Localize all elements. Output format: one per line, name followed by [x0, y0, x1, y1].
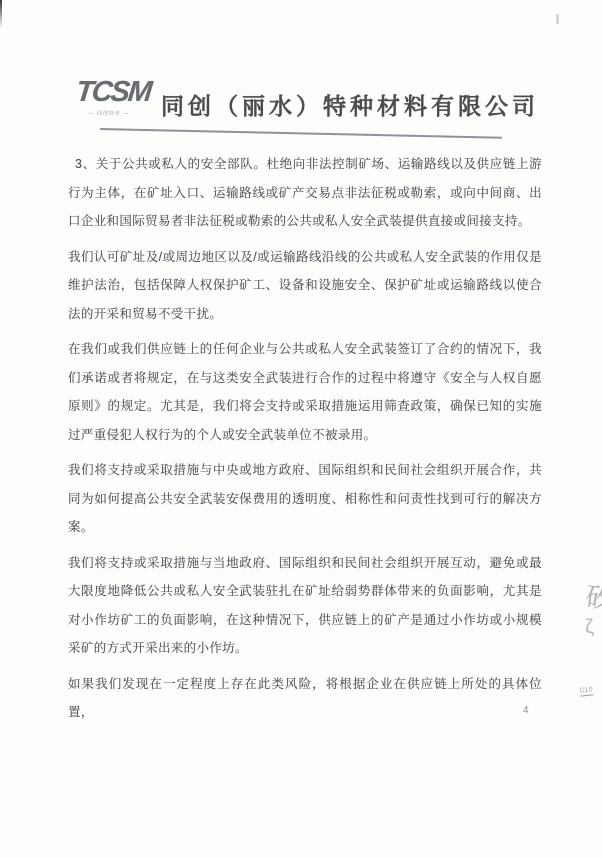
document-body: 3、关于公共或私人的安全部队。杜绝向非法控制矿场、运输路线以及供应链上游行为主体… — [68, 150, 542, 734]
company-logo: TCSM — 同创特材 — — [76, 78, 142, 117]
paragraph-6: 如果我们发现在一定程度上存在此类风险，将根据企业在供应链上所处的具体位置， — [68, 670, 542, 727]
letterhead-rule — [100, 128, 502, 138]
edge-digits-mark: 010 — [580, 686, 594, 696]
company-name: 同创（丽水）特种材料有限公司 — [161, 88, 539, 121]
document-page: TCSM — 同创特材 — 同创（丽水）特种材料有限公司 3、关于公共或私人的安… — [0, 0, 602, 858]
paragraph-1: 3、关于公共或私人的安全部队。杜绝向非法控制矿场、运输路线以及供应链上游行为主体… — [68, 150, 542, 236]
logo-subtext: — 同创特材 — — [76, 110, 142, 117]
paragraph-3: 在我们或我们供应链上的任何企业与公共或私人安全武装签订了合约的情况下，我们承诺或… — [68, 335, 542, 449]
scan-edge-shadow — [0, 0, 2, 28]
logo-text: TCSM — [74, 78, 143, 107]
edge-squiggle-mark: ζ — [584, 616, 594, 640]
paragraph-4: 我们将支持或采取措施与中央或地方政府、国际组织和民间社会组织开展合作，共同为如何… — [68, 456, 542, 542]
page-number: 4 — [523, 705, 529, 716]
edge-handwriting-mark: 矽 — [583, 574, 602, 616]
scan-smudge — [556, 14, 559, 24]
paragraph-5: 我们将支持或采取措施与当地政府、国际组织和民间社会组织开展互动，避免或最大限度地… — [68, 549, 542, 663]
paragraph-2: 我们认可矿址及/或周边地区以及/或运输路线沿线的公共或私人安全武装的作用仅是维护… — [68, 243, 542, 329]
